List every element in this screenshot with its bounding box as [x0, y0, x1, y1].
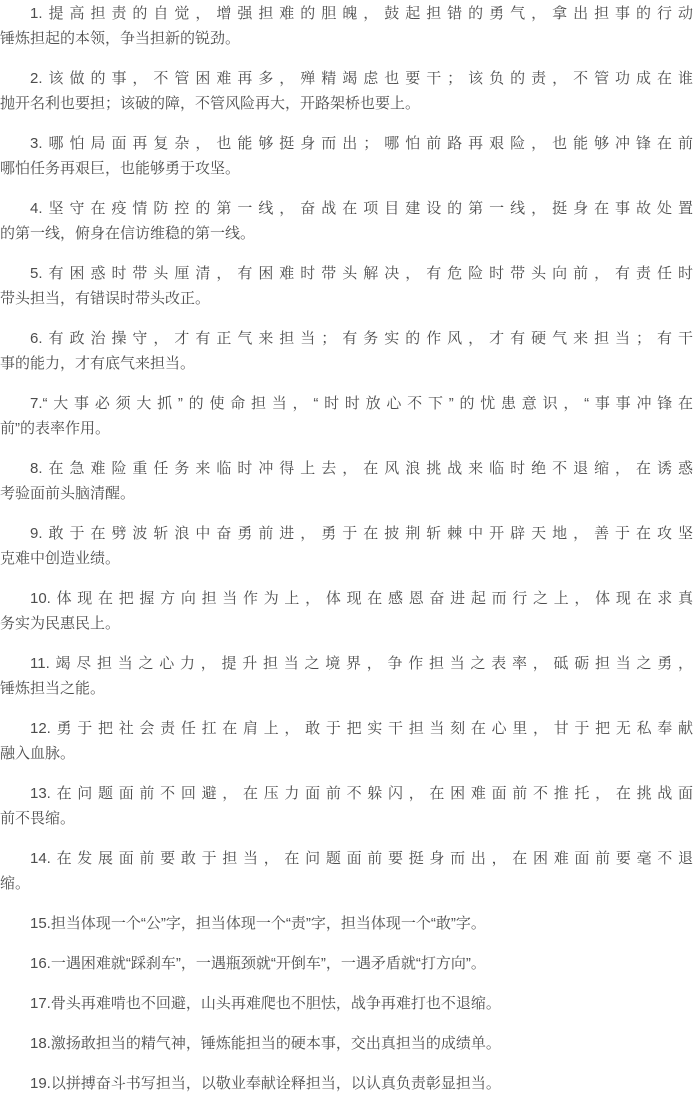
paragraph-16: 16.一遇困难就“踩刹车”，一遇瓶颈就“开倒车”，一遇矛盾就“打方向”。	[0, 951, 693, 976]
paragraph-2-line-2: 抛开名利也要担；该破的障，不管风险再大，开路架桥也要上。	[0, 91, 693, 116]
paragraph-2: 2.该做的事，不管困难再多，殚精竭虑也要干；该负的责，不管功成在谁 抛开名利也要…	[0, 66, 693, 116]
paragraph-1: 1.提高担责的自觉，增强担难的胆魄，鼓起担错的勇气，拿出担事的行动 锤炼担起的本…	[0, 1, 693, 51]
paragraph-11-line-2: 锤炼担当之能。	[0, 676, 693, 701]
paragraph-10-line-2: 务实为民惠民上。	[0, 611, 693, 636]
paragraph-12-line-2: 融入血脉。	[0, 741, 693, 766]
paragraph-8-line-1: 8.在急难险重任务来临时冲得上去，在风浪挑战来临时绝不退缩，在诱惑	[0, 456, 693, 481]
paragraph-3-line-1: 3.哪怕局面再复杂，也能够挺身而出；哪怕前路再艰险，也能够冲锋在前	[0, 131, 693, 156]
paragraph-10-line-1: 10.体现在把握方向担当作为上，体现在感恩奋进起而行之上，体现在求真	[0, 586, 693, 611]
paragraph-18: 18.激扬敢担当的精气神，锤炼能担当的硬本事，交出真担当的成绩单。	[0, 1031, 693, 1056]
paragraph-13: 13.在问题面前不回避，在压力面前不躲闪，在困难面前不推托，在挑战面 前不畏缩。	[0, 781, 693, 831]
paragraph-8: 8.在急难险重任务来临时冲得上去，在风浪挑战来临时绝不退缩，在诱惑 考验面前头脑…	[0, 456, 693, 506]
paragraph-4-line-1: 4.坚守在疫情防控的第一线，奋战在项目建设的第一线，挺身在事故处置	[0, 196, 693, 221]
paragraph-7-line-1: 7.“大事必须大抓”的使命担当，“时时放心不下”的忧患意识，“事事冲锋在	[0, 391, 693, 416]
paragraph-16-line-1: 16.一遇困难就“踩刹车”，一遇瓶颈就“开倒车”，一遇矛盾就“打方向”。	[0, 951, 693, 976]
paragraph-7-line-2: 前”的表率作用。	[0, 416, 693, 441]
paragraph-18-line-1: 18.激扬敢担当的精气神，锤炼能担当的硬本事，交出真担当的成绩单。	[0, 1031, 693, 1056]
paragraph-9-line-2: 克难中创造业绩。	[0, 546, 693, 571]
paragraph-9: 9.敢于在劈波斩浪中奋勇前进，勇于在披荆斩棘中开辟天地，善于在攻坚 克难中创造业…	[0, 521, 693, 571]
paragraph-12: 12.勇于把社会责任扛在肩上，敢于把实干担当刻在心里，甘于把无私奉献 融入血脉。	[0, 716, 693, 766]
paragraph-10: 10.体现在把握方向担当作为上，体现在感恩奋进起而行之上，体现在求真 务实为民惠…	[0, 586, 693, 636]
paragraph-5-line-2: 带头担当，有错误时带头改正。	[0, 286, 693, 311]
paragraph-4: 4.坚守在疫情防控的第一线，奋战在项目建设的第一线，挺身在事故处置 的第一线，俯…	[0, 196, 693, 246]
paragraph-19: 19.以拼搏奋斗书写担当，以敬业奉献诠释担当，以认真负责彰显担当。	[0, 1071, 693, 1096]
paragraph-1-line-2: 锤炼担起的本领，争当担新的锐劲。	[0, 26, 693, 51]
paragraph-6: 6.有政治操守，才有正气来担当；有务实的作风，才有硬气来担当；有干 事的能力，才…	[0, 326, 693, 376]
paragraph-14-line-2: 缩。	[0, 871, 693, 896]
paragraph-8-line-2: 考验面前头脑清醒。	[0, 481, 693, 506]
paragraph-5-line-1: 5.有困惑时带头厘清，有困难时带头解决，有危险时带头向前，有责任时	[0, 261, 693, 286]
paragraph-14-line-1: 14.在发展面前要敢于担当，在问题面前要挺身而出，在困难面前要毫不退	[0, 846, 693, 871]
paragraph-12-line-1: 12.勇于把社会责任扛在肩上，敢于把实干担当刻在心里，甘于把无私奉献	[0, 716, 693, 741]
paragraph-11-line-1: 11.竭尽担当之心力，提升担当之境界，争作担当之表率，砥砺担当之勇，	[0, 651, 693, 676]
paragraph-5: 5.有困惑时带头厘清，有困难时带头解决，有危险时带头向前，有责任时 带头担当，有…	[0, 261, 693, 311]
paragraph-7: 7.“大事必须大抓”的使命担当，“时时放心不下”的忧患意识，“事事冲锋在 前”的…	[0, 391, 693, 441]
paragraph-14: 14.在发展面前要敢于担当，在问题面前要挺身而出，在困难面前要毫不退 缩。	[0, 846, 693, 896]
paragraph-3: 3.哪怕局面再复杂，也能够挺身而出；哪怕前路再艰险，也能够冲锋在前 哪怕任务再艰…	[0, 131, 693, 181]
document-body: 1.提高担责的自觉，增强担难的胆魄，鼓起担错的勇气，拿出担事的行动 锤炼担起的本…	[0, 0, 693, 1096]
paragraph-1-line-1: 1.提高担责的自觉，增强担难的胆魄，鼓起担错的勇气，拿出担事的行动	[0, 1, 693, 26]
paragraph-4-line-2: 的第一线，俯身在信访维稳的第一线。	[0, 221, 693, 246]
paragraph-9-line-1: 9.敢于在劈波斩浪中奋勇前进，勇于在披荆斩棘中开辟天地，善于在攻坚	[0, 521, 693, 546]
paragraph-3-line-2: 哪怕任务再艰巨，也能够勇于攻坚。	[0, 156, 693, 181]
paragraph-2-line-1: 2.该做的事，不管困难再多，殚精竭虑也要干；该负的责，不管功成在谁	[0, 66, 693, 91]
paragraph-15-line-1: 15.担当体现一个“公”字，担当体现一个“责”字，担当体现一个“敢”字。	[0, 911, 693, 936]
paragraph-6-line-2: 事的能力，才有底气来担当。	[0, 351, 693, 376]
paragraph-19-line-1: 19.以拼搏奋斗书写担当，以敬业奉献诠释担当，以认真负责彰显担当。	[0, 1071, 693, 1096]
paragraph-6-line-1: 6.有政治操守，才有正气来担当；有务实的作风，才有硬气来担当；有干	[0, 326, 693, 351]
paragraph-17: 17.骨头再难啃也不回避，山头再难爬也不胆怯，战争再难打也不退缩。	[0, 991, 693, 1016]
paragraph-13-line-2: 前不畏缩。	[0, 806, 693, 831]
paragraph-17-line-1: 17.骨头再难啃也不回避，山头再难爬也不胆怯，战争再难打也不退缩。	[0, 991, 693, 1016]
paragraph-11: 11.竭尽担当之心力，提升担当之境界，争作担当之表率，砥砺担当之勇， 锤炼担当之…	[0, 651, 693, 701]
paragraph-13-line-1: 13.在问题面前不回避，在压力面前不躲闪，在困难面前不推托，在挑战面	[0, 781, 693, 806]
paragraph-15: 15.担当体现一个“公”字，担当体现一个“责”字，担当体现一个“敢”字。	[0, 911, 693, 936]
